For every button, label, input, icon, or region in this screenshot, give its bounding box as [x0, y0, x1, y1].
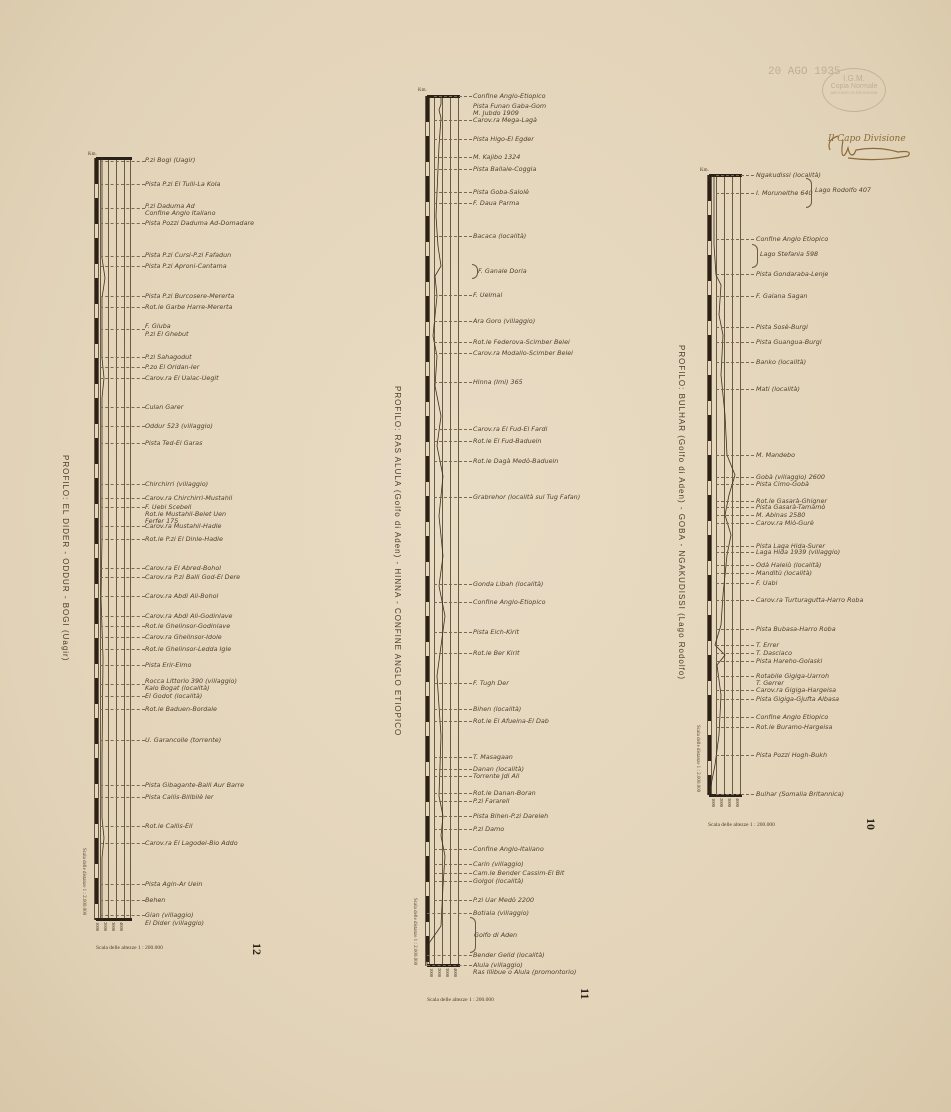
place-label: Mati (località) — [756, 385, 800, 393]
leader-line — [716, 546, 754, 547]
leader-line — [100, 223, 145, 224]
place-label: Rot.le Danan-Boran — [473, 789, 536, 797]
leader-line — [427, 913, 472, 914]
place-label: Carov.ra El Lagodei-Bio Addo — [145, 839, 238, 847]
height-tick: 2000 — [437, 968, 442, 977]
place-label: Pista P.zi Aproni-Cantama — [145, 262, 227, 270]
place-label: P.zi Damo — [473, 825, 504, 833]
place-label: P.zi Uar Medò 2200 — [473, 896, 534, 904]
leader-line — [434, 873, 472, 874]
leader-line — [716, 583, 754, 584]
place-label: Manditù (località) — [756, 569, 812, 577]
elevation-trace — [709, 175, 749, 795]
place-label: Confine Anglo Etiopico — [756, 713, 828, 721]
place-label: Pista Erir-Elmo — [145, 661, 191, 669]
leader-line — [716, 699, 754, 700]
place-label: Oddur 523 (villaggio) — [145, 422, 213, 430]
place-label: Torrente Jdi Ali — [473, 772, 519, 780]
place-label: Bihen (località) — [473, 705, 521, 713]
sheet-number: 11 — [577, 988, 592, 999]
place-label: Confine Anglo-Italiano — [473, 845, 544, 853]
leader-line — [434, 849, 472, 850]
leader-line — [434, 721, 472, 722]
place-label: Grabrehor (località sul Tug Fafan) — [473, 493, 580, 501]
leader-line — [434, 192, 472, 193]
place-label: Lago Stefania 598 — [760, 250, 818, 258]
place-label: M. Abinas 2580 — [756, 511, 805, 519]
place-label: Pista Guangua-Burgi — [756, 338, 822, 346]
elevation-trace — [427, 96, 467, 966]
place-label: I. Moruneithe 640 — [756, 189, 813, 197]
place-label: El Dider (villaggio) — [145, 919, 204, 927]
place-label: Gian (villaggio) — [145, 911, 194, 919]
leader-line — [100, 843, 145, 844]
leader-line — [100, 684, 145, 685]
leader-line — [100, 915, 145, 916]
height-tick: 3000 — [727, 798, 732, 807]
place-label: Pista Goba-Salolè — [473, 188, 529, 196]
height-scale-note: Scala delle altezze 1 : 200.000 — [96, 945, 163, 951]
leader-line — [716, 193, 754, 194]
place-label: T. Dasciaco — [756, 649, 792, 657]
leader-line — [100, 539, 145, 540]
sheet-number: 10 — [863, 818, 878, 830]
place-label: Pista P.zi Cursi-P.zi Fafadun — [145, 251, 231, 259]
place-label: Rot.le El Fud-Baduein — [473, 437, 541, 445]
leader-line — [716, 645, 754, 646]
place-label: Hinna (Imi) 365 — [473, 378, 523, 386]
place-label: Lago Rodolfo 407 — [815, 186, 871, 194]
leader-line — [716, 455, 754, 456]
place-label: Bacaca (località) — [473, 232, 526, 240]
place-label: Pista Gondaraba-Lenje — [756, 270, 828, 278]
leader-line — [434, 429, 472, 430]
distance-scale-note: Scala delle distanze 1 : 2.000.000 — [81, 848, 86, 915]
place-label: U. Garancolle (torrente) — [145, 736, 221, 744]
place-label: Pista Higo-El Egder — [473, 135, 534, 143]
place-label: Behen — [145, 896, 165, 904]
leader-line — [434, 653, 472, 654]
place-label: T. Masagaan — [473, 753, 513, 761]
leader-line — [716, 727, 754, 728]
leader-line — [434, 295, 472, 296]
place-label: Bender Gelid (località) — [473, 951, 545, 959]
leader-line — [434, 881, 472, 882]
leader-line — [100, 596, 145, 597]
leader-line — [716, 653, 754, 654]
leader-line — [434, 382, 472, 383]
height-tick: 3000 — [111, 922, 116, 931]
place-label: Ara Goro (villaggio) — [473, 317, 535, 325]
leader-line — [716, 296, 754, 297]
height-tick: 3000 — [445, 968, 450, 977]
leader-line — [100, 797, 145, 798]
leader-line — [434, 757, 472, 758]
leader-line — [434, 353, 472, 354]
brace — [806, 178, 812, 208]
leader-line — [434, 683, 472, 684]
place-label: Rot.le Garbe Harre-Mererta — [145, 303, 232, 311]
height-tick: 4000 — [119, 922, 124, 931]
place-label: Rot.le P.zi El Dinle-Hadle — [145, 535, 223, 543]
place-label: Carov.ra Ghelinsor-Idole — [145, 633, 222, 641]
place-label: F. Uelmal — [473, 291, 502, 299]
leader-line — [100, 568, 145, 569]
leader-line — [100, 329, 145, 330]
place-label: Rot.le Ber Kirit — [473, 649, 519, 657]
leader-line — [100, 367, 145, 368]
leader-line — [434, 441, 472, 442]
leader-line — [100, 256, 145, 257]
place-label: Golfo di Aden — [474, 931, 517, 939]
place-label: Rot.le Federova-Scimber Belei — [473, 338, 570, 346]
leader-line — [434, 96, 472, 97]
leader-line — [716, 515, 754, 516]
leader-line — [100, 826, 145, 827]
leader-line — [100, 649, 145, 650]
place-label: Rot.le Ghelinsor-Ledda Igle — [145, 645, 231, 653]
place-label: Pista Gibagante-Balli Aur Barre — [145, 781, 244, 789]
place-label: Chirchirri (villaggio) — [145, 480, 208, 488]
brace — [752, 244, 758, 268]
leader-line — [100, 665, 145, 666]
place-label: Culan Garer — [145, 403, 183, 411]
place-label: Carov.ra Mustahil-Hadle — [145, 522, 222, 530]
place-label: T. Errer — [756, 641, 779, 649]
leader-line — [100, 266, 145, 267]
stamp-line2: Copia Normale — [823, 83, 885, 90]
leader-line — [100, 498, 145, 499]
leader-line — [434, 900, 472, 901]
leader-line — [434, 709, 472, 710]
place-label: F. Giuba — [145, 322, 171, 330]
place-label: Carov.ra Abdi Ali-Bohol — [145, 592, 218, 600]
leader-line — [100, 378, 145, 379]
leader-line — [716, 676, 754, 677]
leader-line — [716, 794, 754, 795]
place-label: Confine Anglo Italiano — [145, 209, 216, 217]
leader-line — [100, 577, 145, 578]
height-tick: 2000 — [719, 798, 724, 807]
place-label: Carov.ra Turturagutta-Harro Roba — [756, 596, 863, 604]
profile-title: PROFILO: EL DIDER - ODDUR - BOGI (Uagir) — [61, 455, 70, 661]
place-label: F. Uabi — [756, 579, 777, 587]
signature-icon — [818, 128, 918, 168]
leader-line — [100, 161, 145, 162]
leader-line — [100, 208, 145, 209]
place-label: M. Mandebo — [756, 451, 795, 459]
place-label: M. Kajibo 1324 — [473, 153, 520, 161]
place-label: Carov.ra P.zi Balli God-El Dere — [145, 573, 240, 581]
height-tick: 4000 — [735, 798, 740, 807]
place-label: Carov.ra El Fud-El Fardi — [473, 425, 547, 433]
leader-line — [716, 565, 754, 566]
leader-line — [100, 357, 145, 358]
place-label: Confine Anglo-Etiopico — [473, 598, 546, 606]
map-sheet: 20 AGO 1935 I.G.M. Copia Normale ARCHIVI… — [0, 0, 951, 1112]
place-label: Pista Pozzi Daduma Ad-Domadare — [145, 219, 254, 227]
place-label: Pista Hareho-Golaski — [756, 657, 822, 665]
place-label: Pista Eich-Kirit — [473, 628, 519, 636]
place-label: P.zi El Ghebut — [145, 330, 189, 338]
leader-line — [434, 120, 472, 121]
sheet-number: 12 — [249, 943, 264, 955]
leader-line — [716, 342, 754, 343]
place-label: F. Daua Parma — [473, 199, 519, 207]
leader-line — [100, 785, 145, 786]
leader-line — [434, 584, 472, 585]
distance-scale-note: Scala delle distanze 1 : 2.000.000 — [412, 898, 417, 965]
place-label: Rot.le Ghelinsor-Godinlave — [145, 622, 230, 630]
place-label: Carov.ra Modallo-Scimber Belei — [473, 349, 573, 357]
leader-line — [100, 296, 145, 297]
profile-title: PROFILO: RAS ALULA (Golfo di Aden) - HIN… — [393, 386, 402, 736]
place-label: Kalo Bogat (località) — [145, 684, 209, 692]
place-label: F. Tugh Der — [473, 679, 509, 687]
place-label: Pista Bihen-P.zi Dareleh — [473, 812, 548, 820]
profile-title: PROFILO: BULHAR (Golfo di Aden) - GOBA -… — [677, 345, 686, 680]
leader-line — [716, 501, 754, 502]
place-label: Cam.le Bender Cassim-El Bit — [473, 869, 564, 877]
leader-line — [434, 169, 472, 170]
leader-line — [716, 327, 754, 328]
place-label: P.zo El Oridan-Ier — [145, 363, 199, 371]
place-label: Banko (località) — [756, 358, 806, 366]
place-label: Carin (villaggio) — [473, 860, 524, 868]
place-label: Pista Pozzi Hogh-Bukh — [756, 751, 827, 759]
leader-line — [427, 965, 472, 966]
leader-line — [434, 236, 472, 237]
leader-line — [434, 769, 472, 770]
height-tick: 4000 — [453, 968, 458, 977]
place-label: Confine Anglo Etiopico — [756, 235, 828, 243]
place-label: Carov.ra Abdi Ali-Godinlave — [145, 612, 232, 620]
leader-line — [427, 955, 472, 956]
leader-line — [716, 274, 754, 275]
leader-line — [716, 573, 754, 574]
axis-unit: Km. — [418, 88, 427, 93]
place-label: Pista Ballale-Coggia — [473, 165, 536, 173]
leader-line — [100, 484, 145, 485]
place-label: Ngakudissi (località) — [756, 171, 821, 179]
place-label: Rot.le Buramo-Hargeisa — [756, 723, 832, 731]
leader-line — [100, 900, 145, 901]
place-label: Bulhar (Somalia Britannica) — [756, 790, 844, 798]
leader-line — [716, 239, 754, 240]
leader-line — [100, 526, 145, 527]
place-label: Pista Ted-El Garas — [145, 439, 202, 447]
place-label: Laga Hida 1939 (villaggio) — [756, 548, 840, 556]
leader-line — [434, 829, 472, 830]
leader-line — [716, 507, 754, 508]
height-tick: 1000 — [711, 798, 716, 807]
leader-line — [434, 776, 472, 777]
leader-line — [100, 184, 145, 185]
place-label: Rot.le El Afueina-El Dab — [473, 717, 549, 725]
place-label: P.zi Bogi (Uagir) — [145, 156, 195, 164]
leader-line — [434, 461, 472, 462]
leader-line — [716, 477, 754, 478]
stamp-line1: I.G.M. — [823, 74, 885, 83]
leader-line — [434, 203, 472, 204]
leader-line — [434, 801, 472, 802]
place-label: P.zi Sahagodut — [145, 353, 192, 361]
height-tick: 1000 — [95, 922, 100, 931]
leader-line — [100, 443, 145, 444]
place-label: Pista Callis-Billbilè Ier — [145, 793, 213, 801]
leader-line — [716, 600, 754, 601]
height-scale-note: Scala delle altezze 1 : 200.000 — [708, 822, 775, 828]
leader-line — [100, 307, 145, 308]
place-label: Pista Bubasa-Harro Roba — [756, 625, 836, 633]
leader-line — [100, 616, 145, 617]
height-tick: 2000 — [103, 922, 108, 931]
height-scale-note: Scala delle altezze 1 : 200.000 — [427, 997, 494, 1003]
leader-line — [100, 507, 145, 508]
place-label: Carov.ra Chirchirri-Mustahil — [145, 494, 232, 502]
place-label: Pista Sosè-Burgi — [756, 323, 808, 331]
leader-line — [434, 321, 472, 322]
leader-line — [716, 690, 754, 691]
leader-line — [100, 637, 145, 638]
height-tick: 1000 — [429, 968, 434, 977]
place-label: Pista P.zi Burcosere-Mererta — [145, 292, 234, 300]
place-label: Golgol (località) — [473, 877, 524, 885]
place-label: F. Galana Sagan — [756, 292, 807, 300]
distance-scale-note: Scala delle distanze 1 : 2.000.000 — [695, 725, 700, 792]
place-label: Carov.ra Miò-Gurè — [756, 519, 814, 527]
leader-line — [434, 632, 472, 633]
leader-line — [434, 342, 472, 343]
place-label: Confine Anglo-Etiopico — [473, 92, 546, 100]
leader-line — [716, 484, 754, 485]
leader-line — [434, 602, 472, 603]
leader-line — [100, 626, 145, 627]
leader-line — [100, 884, 145, 885]
leader-line — [434, 816, 472, 817]
place-label: P.zi Fararell — [473, 797, 509, 805]
leader-line — [716, 362, 754, 363]
leader-line — [434, 139, 472, 140]
leader-line — [716, 175, 754, 176]
leader-line — [100, 426, 145, 427]
leader-line — [434, 864, 472, 865]
place-label: Ras Illibue o Alula (promontorio) — [473, 968, 576, 976]
place-label: Rot.le Callis-Eil — [145, 822, 193, 830]
place-label: Carov.ra El Abred-Bohol — [145, 564, 221, 572]
leader-line — [100, 740, 145, 741]
place-label: Pista Gasarà-Tamamò — [756, 503, 825, 511]
place-label: Carov.ra Gigiga-Hargeisa — [756, 686, 836, 694]
igm-stamp: I.G.M. Copia Normale ARCHIVIO DI REVISIO… — [822, 68, 886, 112]
leader-line — [716, 389, 754, 390]
leader-line — [100, 696, 145, 697]
place-label: Carov.ra El Ualac-Uegit — [145, 374, 219, 382]
leader-line — [716, 755, 754, 756]
leader-line — [100, 709, 145, 710]
place-label: Pista Cimo-Gobà — [756, 480, 809, 488]
leader-line — [716, 661, 754, 662]
place-label: Pista P.zi El Tulli-La Kola — [145, 180, 220, 188]
leader-line — [716, 552, 754, 553]
leader-line — [434, 497, 472, 498]
stamp-line3: ARCHIVIO DI REVISIONE — [823, 90, 885, 95]
leader-line — [716, 629, 754, 630]
place-label: Botiala (villaggio) — [473, 909, 529, 917]
leader-line — [434, 157, 472, 158]
place-label: Odà Haleiù (località) — [756, 561, 821, 569]
place-label: Pista Gigiga-Gjufta Albasa — [756, 695, 839, 703]
place-label: El Godot (località) — [145, 692, 202, 700]
place-label: Carov.ra Mega-Lagà — [473, 116, 537, 124]
place-label: Rot.le Baduen-Bordale — [145, 705, 217, 713]
place-label: Gonda Libah (località) — [473, 580, 543, 588]
place-label: Pista Agin-Ar Uein — [145, 880, 202, 888]
axis-unit: Km. — [700, 168, 709, 173]
leader-line — [716, 717, 754, 718]
leader-line — [100, 407, 145, 408]
leader-line — [434, 793, 472, 794]
leader-line — [716, 523, 754, 524]
place-label: F. Ganale Doria — [478, 267, 527, 275]
place-label: Rot.le Dagà Medò-Baduein — [473, 457, 558, 465]
